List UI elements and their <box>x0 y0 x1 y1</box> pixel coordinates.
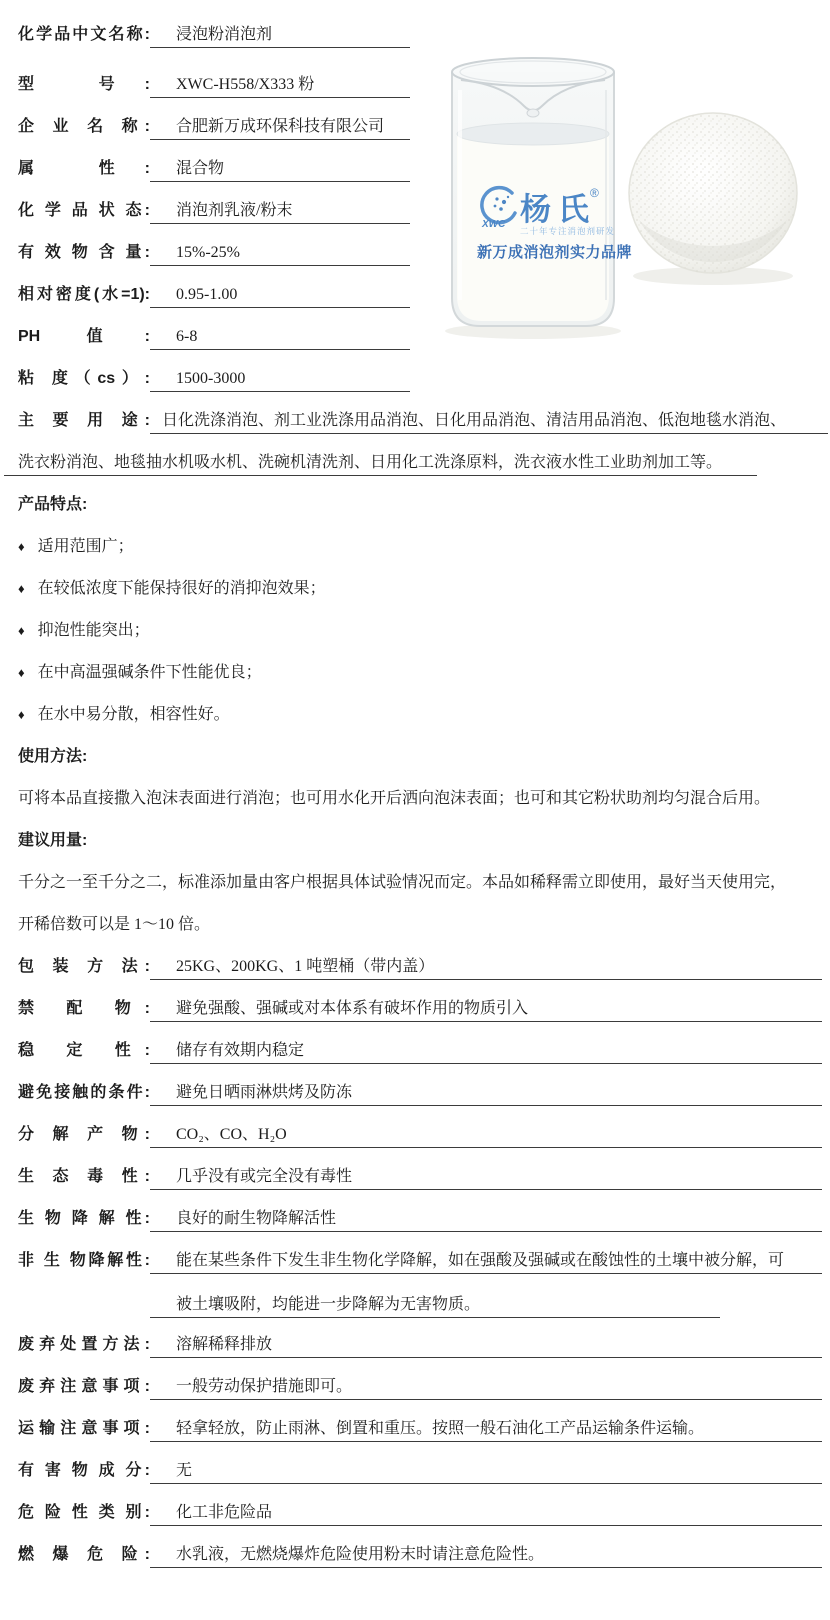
usage-text: 可将本品直接撒入泡沫表面进行消泡；也可用水化开后洒向泡沫表面；也可和其它粉状助剂… <box>18 776 822 818</box>
field-label: 化 学 品 状 态: <box>18 197 150 220</box>
field-row: 分 解 产 物: CO₂、CO、H₂O <box>18 1112 822 1154</box>
field-label: 废弃处置方法: <box>18 1331 150 1354</box>
diamond-bullet-icon: ♦ <box>18 623 25 638</box>
feature-bullet: ♦ 在水中易分散，相容性好。 <box>18 692 822 734</box>
field-value-stack: 无 <box>150 1457 822 1484</box>
field-value-stack: 良好的耐生物降解活性 <box>150 1205 822 1232</box>
product-photo-svg: XWC 杨氏 ® 二十年专注消泡剂研发 新万成消泡剂实力品牌 <box>427 50 827 345</box>
field-value: 日化洗涤消泡、剂工业洗涤用品消泡、日化用品消泡、清洁用品消泡、低泡地毯水消泡、 <box>150 407 828 434</box>
product-photo: XWC 杨氏 ® 二十年专注消泡剂研发 新万成消泡剂实力品牌 <box>427 50 827 345</box>
basic-info-section: 化学品中文名称: 浸泡粉消泡剂 型 号: XWC-H558/X333 粉 企 业… <box>18 12 822 398</box>
field-row: 非 生 物降解性: 能在某些条件下发生非生物化学降解，如在强酸及强碱或在酸蚀性的… <box>18 1238 822 1322</box>
feature-bullet-text: 在较低浓度下能保持很好的消抑泡效果； <box>38 580 326 597</box>
logo-tagline-text: 二十年专注消泡剂研发 <box>520 226 615 236</box>
field-value: 水乳液，无燃烧爆炸危险使用粉末时请注意危险性。 <box>150 1541 822 1568</box>
field-row: 稳 定 性: 储存有效期内稳定 <box>18 1028 822 1070</box>
field-value: 无 <box>150 1457 822 1484</box>
diamond-bullet-icon: ♦ <box>18 581 25 596</box>
field-row: 属 性: 混合物 <box>18 146 410 188</box>
field-value-stack: 一般劳动保护措施即可。 <box>150 1373 822 1400</box>
field-label: 运输注意事项: <box>18 1415 150 1438</box>
field-value: 避免日晒雨淋烘烤及防冻 <box>150 1079 822 1106</box>
product-spec-document: 化学品中文名称: 浸泡粉消泡剂 型 号: XWC-H558/X333 粉 企 业… <box>0 0 830 1620</box>
field-row: 燃 爆 危 险: 水乳液，无燃烧爆炸危险使用粉末时请注意危险性。 <box>18 1532 822 1574</box>
field-label: 化学品中文名称: <box>18 21 150 44</box>
field-label: 相对密度(水=1): <box>18 281 150 304</box>
field-label: 危 险 性 类 别: <box>18 1499 150 1522</box>
field-value-stack: 能在某些条件下发生非生物化学降解，如在强酸及强碱或在酸蚀性的土壤中被分解，可被土… <box>150 1247 822 1318</box>
field-value: 6-8 <box>150 328 410 350</box>
field-value-stack: 避免强酸、强碱或对本体系有破坏作用的物质引入 <box>150 995 822 1022</box>
feature-bullet: ♦ 抑泡性能突出； <box>18 608 822 650</box>
diamond-bullet-icon: ♦ <box>18 707 25 722</box>
field-label: 粘 度（cs）: <box>18 365 150 388</box>
feature-bullet: ♦ 在较低浓度下能保持很好的消抑泡效果； <box>18 566 822 608</box>
field-label: 分 解 产 物: <box>18 1121 150 1144</box>
field-value-continuation-row: 洗衣粉消泡、地毯抽水机吸水机、洗碗机清洗剂、日用化工洗涤原料，洗衣液水性工业助剂… <box>18 440 822 482</box>
field-row-main-use: 主 要 用 途: 日化洗涤消泡、剂工业洗涤用品消泡、日化用品消泡、清洁用品消泡、… <box>18 398 828 440</box>
field-value-stack: 储存有效期内稳定 <box>150 1037 822 1064</box>
registered-mark: ® <box>590 186 599 200</box>
powder-pile <box>629 113 797 273</box>
field-row: 有 效 物 含 量: 15%-25% <box>18 230 410 272</box>
field-label: 有 害 物 成 分: <box>18 1457 150 1480</box>
usage-heading: 使用方法: <box>18 734 822 776</box>
field-row: 生 物 降 解 性: 良好的耐生物降解活性 <box>18 1196 822 1238</box>
field-label: 主 要 用 途: <box>18 407 150 430</box>
field-value-continuation: 洗衣粉消泡、地毯抽水机吸水机、洗碗机清洗剂、日用化工洗涤原料，洗衣液水性工业助剂… <box>4 449 757 476</box>
field-value: 消泡剂乳液/粉末 <box>150 197 410 224</box>
field-label: 稳 定 性: <box>18 1037 150 1060</box>
field-value: 25KG、200KG、1 吨塑桶（带内盖） <box>150 953 822 980</box>
field-row: 禁 配 物: 避免强酸、强碱或对本体系有破坏作用的物质引入 <box>18 986 822 1028</box>
field-row: 废弃注意事项: 一般劳动保护措施即可。 <box>18 1364 822 1406</box>
field-value: XWC-H558/X333 粉 <box>150 71 410 98</box>
field-value: 溶解稀释排放 <box>150 1331 822 1358</box>
field-row: 化学品中文名称: 浸泡粉消泡剂 <box>18 12 410 54</box>
feature-bullet-text: 抑泡性能突出； <box>38 622 150 639</box>
field-label: 包 装 方 法: <box>18 953 150 976</box>
field-label: 禁 配 物: <box>18 995 150 1018</box>
field-label: 属 性: <box>18 155 150 178</box>
field-row: 避免接触的条件: 避免日晒雨淋烘烤及防冻 <box>18 1070 822 1112</box>
field-row: 型 号: XWC-H558/X333 粉 <box>18 62 410 104</box>
field-label: 生 物 降 解 性: <box>18 1205 150 1228</box>
features-heading: 产品特点: <box>18 482 822 524</box>
brand-line-text: 新万成消泡剂实力品牌 <box>477 243 632 261</box>
field-value: 几乎没有或完全没有毒性 <box>150 1163 822 1190</box>
field-value-stack: 化工非危险品 <box>150 1499 822 1526</box>
field-value: 浸泡粉消泡剂 <box>150 21 410 48</box>
field-value-stack: 避免日晒雨淋烘烤及防冻 <box>150 1079 822 1106</box>
field-row: 粘 度（cs）: 1500-3000 <box>18 356 410 398</box>
field-value: 良好的耐生物降解活性 <box>150 1205 822 1232</box>
field-row: PH 值: 6-8 <box>18 314 410 356</box>
field-value: 混合物 <box>150 155 410 182</box>
field-value: 15%-25% <box>150 244 410 266</box>
field-row: 废弃处置方法: 溶解稀释排放 <box>18 1322 822 1364</box>
feature-bullet-text: 在中高温强碱条件下性能优良； <box>38 664 262 681</box>
field-label: 生 态 毒 性: <box>18 1163 150 1186</box>
features-list: ♦ 适用范围广； ♦ 在较低浓度下能保持很好的消抑泡效果； ♦ 抑泡性能突出； … <box>18 524 822 734</box>
diamond-bullet-icon: ♦ <box>18 539 25 554</box>
field-row: 企 业 名 称: 合肥新万成环保科技有限公司 <box>18 104 410 146</box>
field-value-stack: CO₂、CO、H₂O <box>150 1121 822 1148</box>
field-value-continuation: 被土壤吸附，均能进一步降解为无害物质。 <box>150 1291 720 1318</box>
field-row: 危 险 性 类 别: 化工非危险品 <box>18 1490 822 1532</box>
logo-name-text: 杨氏 <box>520 192 596 227</box>
feature-bullet: ♦ 在中高温强碱条件下性能优良； <box>18 650 822 692</box>
logo-xwc-text: XWC <box>481 219 506 230</box>
field-label: 燃 爆 危 险: <box>18 1541 150 1564</box>
field-value: 能在某些条件下发生非生物化学降解，如在强酸及强碱或在酸蚀性的土壤中被分解，可 <box>150 1247 822 1274</box>
field-label: 废弃注意事项: <box>18 1373 150 1396</box>
field-label: 有 效 物 含 量: <box>18 239 150 262</box>
field-label: 非 生 物降解性: <box>18 1247 150 1270</box>
field-row: 相对密度(水=1): 0.95-1.00 <box>18 272 410 314</box>
feature-bullet-text: 适用范围广； <box>38 538 134 555</box>
field-value-stack: 水乳液，无燃烧爆炸危险使用粉末时请注意危险性。 <box>150 1541 822 1568</box>
field-value-stack: 轻拿轻放，防止雨淋、倒置和重压。按照一般石油化工产品运输条件运输。 <box>150 1415 822 1442</box>
feature-bullet-text: 在水中易分散，相容性好。 <box>38 706 230 723</box>
field-value: 0.95-1.00 <box>150 286 410 308</box>
field-value: 1500-3000 <box>150 370 410 392</box>
field-value: 轻拿轻放，防止雨淋、倒置和重压。按照一般石油化工产品运输条件运输。 <box>150 1415 822 1442</box>
field-row: 有 害 物 成 分: 无 <box>18 1448 822 1490</box>
dosage-heading: 建议用量: <box>18 818 822 860</box>
field-value-stack: 25KG、200KG、1 吨塑桶（带内盖） <box>150 953 822 980</box>
field-label: PH 值: <box>18 323 150 346</box>
dosage-text-line1: 千分之一至千分之二，标准添加量由客户根据具体试验情况而定。本品如稀释需立即使用，… <box>18 860 822 902</box>
field-value: 避免强酸、强碱或对本体系有破坏作用的物质引入 <box>150 995 822 1022</box>
field-value: 化工非危险品 <box>150 1499 822 1526</box>
field-row: 包 装 方 法: 25KG、200KG、1 吨塑桶（带内盖） <box>18 944 822 986</box>
field-label: 企 业 名 称: <box>18 113 150 136</box>
field-value: 合肥新万成环保科技有限公司 <box>150 113 410 140</box>
field-value: 储存有效期内稳定 <box>150 1037 822 1064</box>
field-row: 生 态 毒 性: 几乎没有或完全没有毒性 <box>18 1154 822 1196</box>
field-label: 避免接触的条件: <box>18 1079 150 1102</box>
diamond-bullet-icon: ♦ <box>18 665 25 680</box>
field-value: CO₂、CO、H₂O <box>150 1121 822 1148</box>
field-label: 型 号: <box>18 71 150 94</box>
field-value-stack: 几乎没有或完全没有毒性 <box>150 1163 822 1190</box>
field-value: 一般劳动保护措施即可。 <box>150 1373 822 1400</box>
detail-fields: 包 装 方 法: 25KG、200KG、1 吨塑桶（带内盖） 禁 配 物: 避免… <box>18 944 822 1574</box>
feature-bullet: ♦ 适用范围广； <box>18 524 822 566</box>
dosage-text-line2: 开稀倍数可以是 1～10 倍。 <box>18 902 822 944</box>
field-row: 化 学 品 状 态: 消泡剂乳液/粉末 <box>18 188 410 230</box>
field-value-stack: 溶解稀释排放 <box>150 1331 822 1358</box>
field-row: 运输注意事项: 轻拿轻放，防止雨淋、倒置和重压。按照一般石油化工产品运输条件运输… <box>18 1406 822 1448</box>
